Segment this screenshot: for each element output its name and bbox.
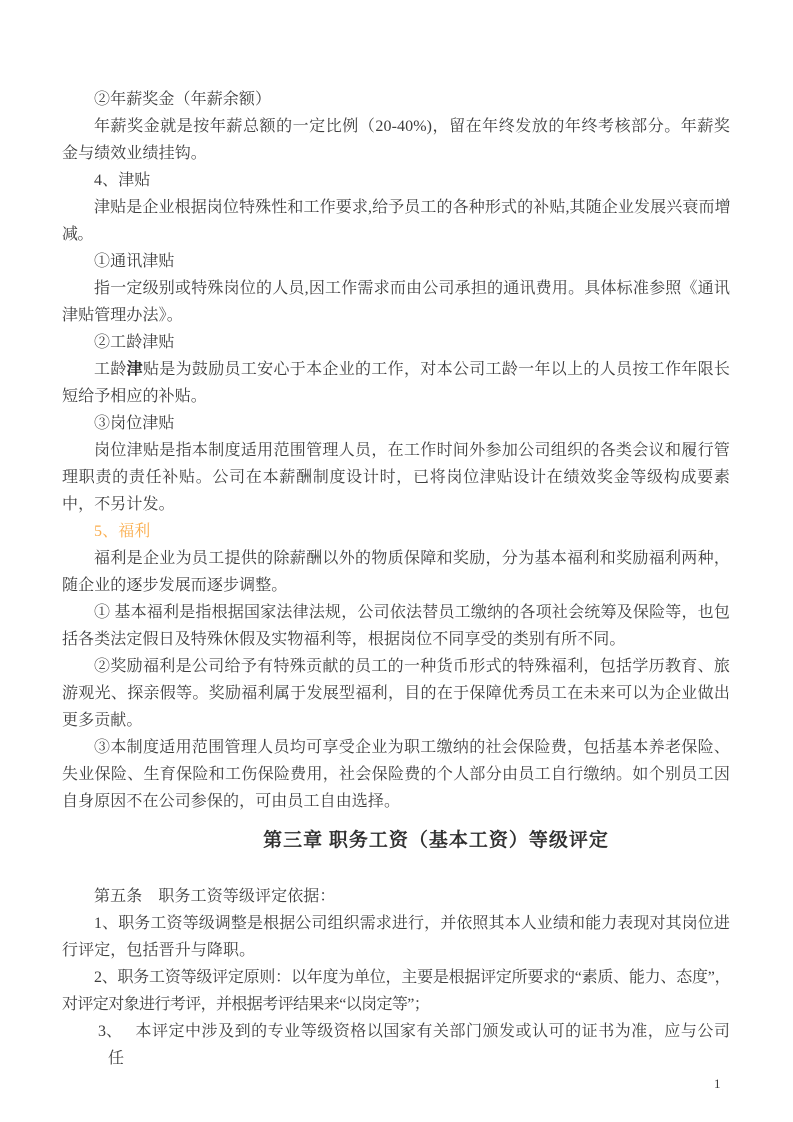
grade-item-1-paragraph: 1、职务工资等级调整是根据公司组织需求进行，并依照其本人业绩和能力表现对其岗位进… [62,910,730,964]
post-allowance-subhead: ③岗位津贴 [62,410,730,437]
annual-bonus-paragraph: 年薪奖金就是按年薪总额的一定比例（20-40%)，留在年终发放的年终考核部分。年… [62,113,730,167]
incentive-welfare-paragraph: ②奖励福利是公司给予有特殊贡献的员工的一种货币形式的特殊福利，包括学历教育、旅游… [62,653,730,734]
basic-welfare-paragraph: ① 基本福利是指根据国家法律法规，公司依法替员工缴纳的各项社会统筹及保险等，也包… [62,599,730,653]
seniority-paragraph-post: 贴是为鼓励员工安心于本企业的工作，对本公司工龄一年以上的人员按工作年限长短给予相… [62,361,730,405]
grade-item-3-text: 本评定中涉及到的专业等级资格以国家有关部门颁发或认可的证书为准，应与公司任 [108,1023,730,1067]
seniority-allowance-subhead: ②工龄津贴 [62,329,730,356]
chapter-heading: 第三章 职务工资（基本工资）等级评定 [62,827,730,855]
page-number: 1 [714,1076,721,1092]
welfare-intro-paragraph: 福利是企业为员工提供的除薪酬以外的物质保障和奖励，分为基本福利和奖励福利两种，随… [62,545,730,599]
communication-allowance-subhead: ①通讯津贴 [62,248,730,275]
document-page: ②年薪奖金（年薪余额） 年薪奖金就是按年薪总额的一定比例（20-40%)，留在年… [0,0,793,1122]
grade-item-2-paragraph: 2、职务工资等级评定原则：以年度为单位，主要是根据评定所要求的“素质、能力、态度… [62,964,730,1018]
social-insurance-paragraph: ③本制度适用范围管理人员均可享受企业为职工缴纳的社会保险费，包括基本养老保险、失… [62,734,730,815]
allowance-subhead: 4、津贴 [62,167,730,194]
allowance-paragraph: 津贴是企业根据岗位特殊性和工作要求,给予员工的各种形式的补贴,其随企业发展兴衰而… [62,194,730,248]
post-allowance-paragraph: 岗位津贴是指本制度适用范围管理人员，在工作时间外参加公司组织的各类会议和履行管理… [62,437,730,518]
communication-allowance-paragraph: 指一定级别或特殊岗位的人员,因工作需求而由公司承担的通讯费用。具体标准参照《通讯… [62,275,730,329]
article-5-lead: 第五条 职务工资等级评定依据： [62,883,730,910]
seniority-allowance-paragraph: 工龄津贴是为鼓励员工安心于本企业的工作，对本公司工龄一年以上的人员按工作年限长短… [62,356,730,410]
document-body: ②年薪奖金（年薪余额） 年薪奖金就是按年薪总额的一定比例（20-40%)，留在年… [62,86,730,1072]
annual-bonus-subhead: ②年薪奖金（年薪余额） [62,86,730,113]
grade-item-3-paragraph: 3、本评定中涉及到的专业等级资格以国家有关部门颁发或认可的证书为准，应与公司任 [62,1018,730,1072]
grade-item-3-marker: 3、 [98,1018,135,1045]
welfare-subhead: 5、福利 [62,518,730,545]
seniority-paragraph-pre: 工龄 [94,361,127,378]
seniority-paragraph-bold-char: 津 [127,361,143,378]
